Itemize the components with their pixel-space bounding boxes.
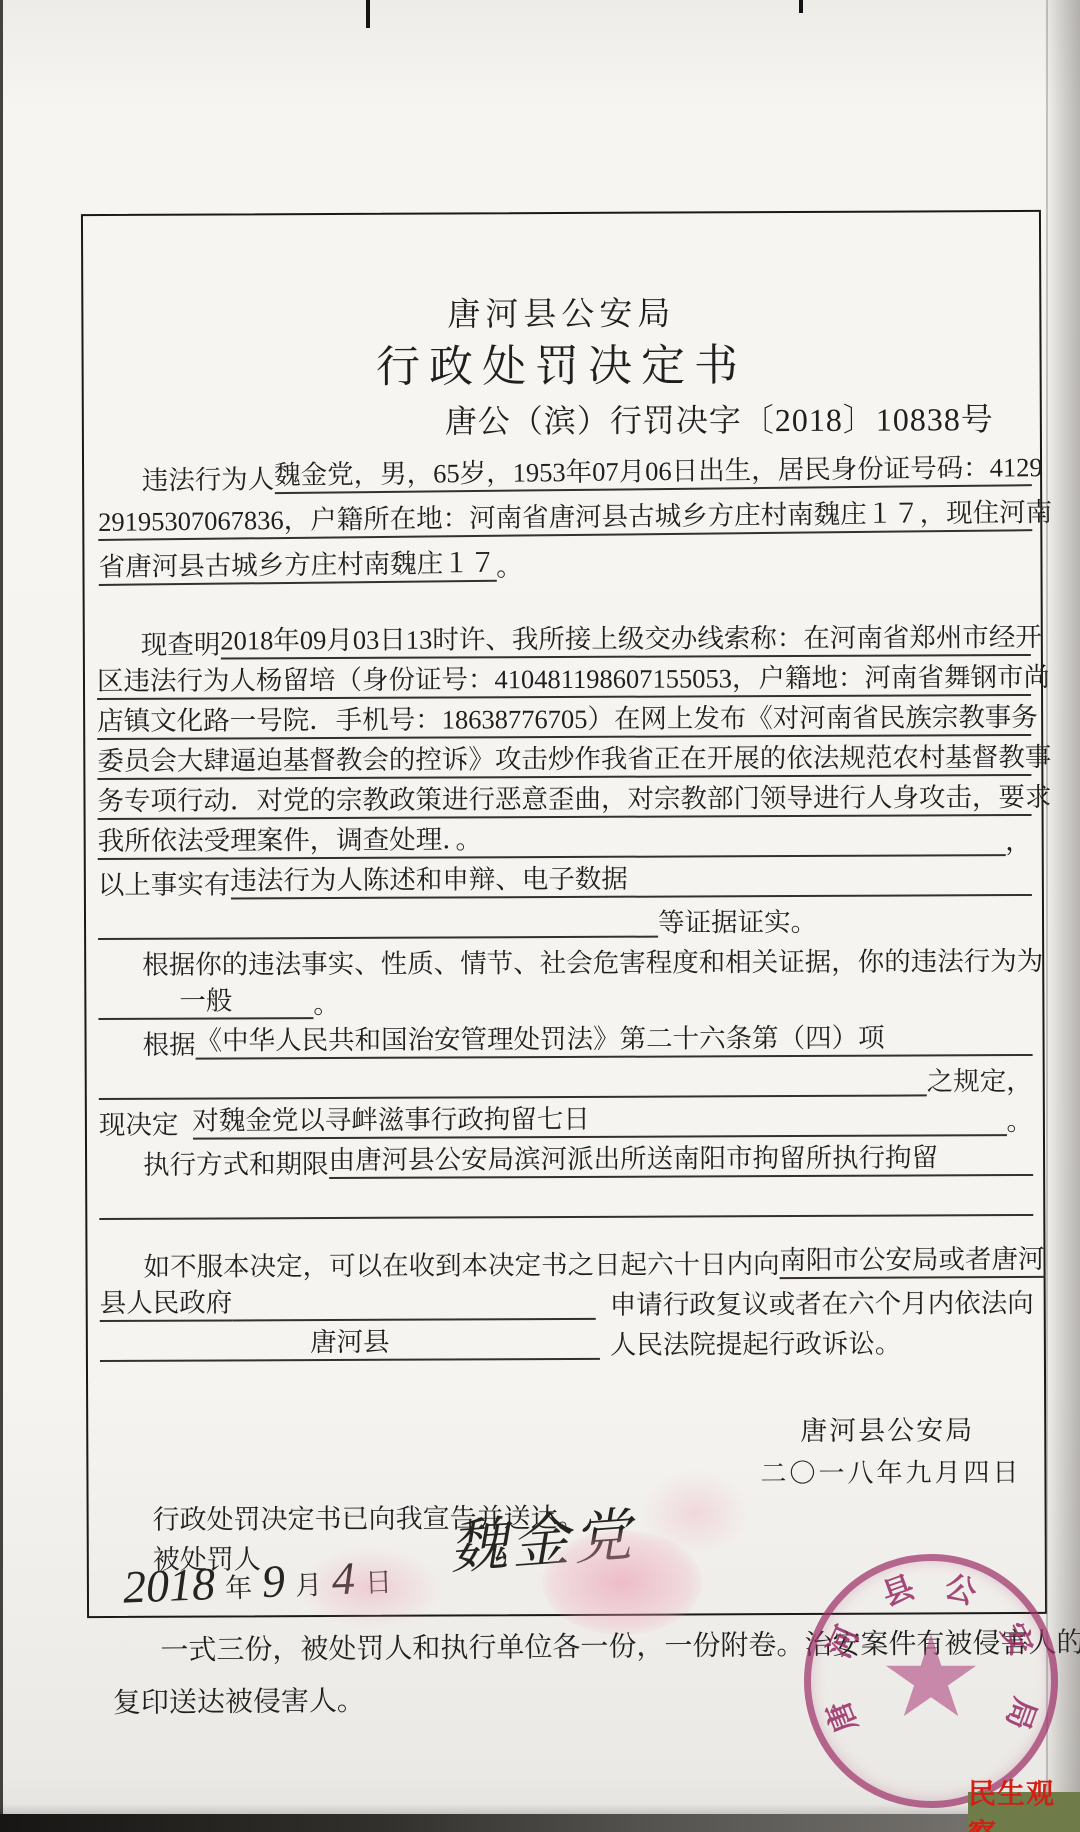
appeal-line: 如不服本决定，可以在收到本决定书之日起六十日内向南阳市公安局或者唐河 <box>99 1238 1033 1282</box>
appeal-text: 如不服本决定，可以在收到本决定书之日起六十日内向 <box>143 1249 779 1282</box>
subject-filled-text: 省唐河县古城乡方庄村南魏庄１７ <box>98 547 496 586</box>
evidence-line: 等证据证实。 <box>98 896 1032 940</box>
evidence-label: 以上事实有 <box>98 869 231 900</box>
appeal-line: 唐河县人民法院提起行政诉讼。 <box>100 1318 1034 1362</box>
period: 。 <box>1006 1105 1033 1136</box>
subject-paragraph: 违法行为人魏金党，男，65岁，1953年07月06日出生，居民身份证号码：412… <box>83 206 1039 216</box>
findings-filled-text: 委员会大肆逼迫基督教会的控诉》攻击炒作我省正在开展的依法规范农村基督教事 <box>97 741 1031 780</box>
execution-filled-text: 由唐河县公安局滨河派出所送南阳市拘留所执行拘留 <box>329 1141 1034 1179</box>
legal-label: 根据 <box>142 1029 195 1060</box>
legal-basis-line: 之规定， <box>99 1056 1033 1100</box>
assessment-text: 根据你的违法事实、性质、情节、社会危害程度和相关证据，你的违法行为为 <box>142 945 1043 979</box>
handwritten-year: 2018 <box>122 1557 216 1614</box>
appeal-paragraph: 如不服本决定，可以在收到本决定书之日起六十日内向南阳市公安局或者唐河 县人民政府… <box>83 212 1039 216</box>
findings-line: 现查明2018年09月03日13时许、我所接上级交办线索称：在河南省郑州市经开 <box>97 616 1031 660</box>
comma: ， <box>1005 825 1032 856</box>
period: 。 <box>496 551 523 582</box>
handwritten-month: 9 <box>261 1554 286 1608</box>
period: 。 <box>313 989 340 1020</box>
findings-filled-text: 我所依法受理案件，调查处理．。 <box>98 822 1006 860</box>
legal-filled-text: 《中华人民共和国治安管理处罚法》第二十六条第（四）项 <box>195 1021 1032 1059</box>
paper-right-edge <box>1046 0 1048 1814</box>
scan-bottom-band <box>0 1814 1080 1832</box>
subject-line: 省唐河县古城乡方庄村南魏庄１７。 <box>98 536 1032 586</box>
fingerprint-mark <box>640 1470 750 1555</box>
evidence-tail: 等证据证实。 <box>658 906 817 937</box>
scan-top-mark <box>366 0 370 28</box>
signoff-date: 二〇一八年九月四日 <box>760 1452 1021 1490</box>
findings-line: 务专项行动．对党的宗教政策进行恶意歪曲，对宗教部门领导进行人身攻击，要求 <box>97 776 1031 820</box>
signoff-agency: 唐河县公安局 <box>800 1408 974 1448</box>
document-box: 唐河县公安局 行政处罚决定书 唐公（滨）行罚决字〔2018〕10838号 违法行… <box>81 210 1047 1618</box>
findings-label: 现查明 <box>141 629 221 660</box>
subject-label: 违法行为人 <box>142 464 275 496</box>
legal-basis-line: 根据《中华人民共和国治安管理处罚法》第二十六条第（四）项 <box>98 1016 1032 1060</box>
fingerprint-mark <box>300 1548 440 1628</box>
footer-line-2: 复印送达被侵害人。 <box>113 1679 365 1721</box>
findings-line: 区违法行为人杨留培（身份证号：410481198607155053，户籍地：河南… <box>97 656 1031 700</box>
blank-underline <box>99 1212 1033 1220</box>
findings-filled-text: 区违法行为人杨留培（身份证号：410481198607155053，户籍地：河南… <box>97 661 1031 700</box>
assessment-level: 一般 <box>98 985 313 1020</box>
assessment-line: 一般。 <box>98 976 1032 1020</box>
subject-line: 29195307067836，户籍所在地：河南省唐河县古城乡方庄村南魏庄１７，现… <box>98 491 1032 541</box>
appeal-text: 申请行政复议或者在六个月内依法向 <box>610 1287 1034 1319</box>
subject-line: 违法行为人魏金党，男，65岁，1953年07月06日出生，居民身份证号码：412… <box>97 446 1031 496</box>
blank-line <box>99 1176 1033 1220</box>
decision-label: 现决定 <box>99 1109 179 1140</box>
appeal-filled-text: 南阳市公安局或者唐河 <box>779 1243 1044 1279</box>
scan-top-mark <box>799 0 803 13</box>
findings-line: 店镇文化路一号院．手机号：18638776705）在网上发布《对河南省民族宗教事… <box>97 696 1031 740</box>
findings-filled-text: 2018年09月03日13时许、我所接上级交办线索称：在河南省郑州市经开 <box>220 621 1031 659</box>
appeal-filled-text: 县人民政府 <box>100 1287 233 1322</box>
subject-filled-text: 29195307067836，户籍所在地：河南省唐河县古城乡方庄村南魏庄１７，现… <box>98 497 1032 541</box>
appeal-filled-text: 唐河县 <box>100 1325 600 1362</box>
scanned-document-page: 唐河县公安局 行政处罚决定书 唐公（滨）行罚决字〔2018〕10838号 违法行… <box>0 0 1080 1832</box>
findings-line: 我所依法受理案件，调查处理．。， <box>98 816 1032 860</box>
watermark-label: 民生观察 <box>968 1792 1080 1832</box>
findings-paragraph: 现查明2018年09月03日13时许、我所接上级交办线索称：在河南省郑州市经开 … <box>83 212 1039 216</box>
document-number: 唐公（滨）行罚决字〔2018〕10838号 <box>445 394 994 442</box>
findings-filled-text: 店镇文化路一号院．手机号：18638776705）在网上发布《对河南省民族宗教事… <box>97 701 1031 740</box>
findings-line: 委员会大肆逼迫基督教会的控诉》攻击炒作我省正在开展的依法规范农村基督教事 <box>97 736 1031 780</box>
appeal-line: 县人民政府申请行政复议或者在六个月内依法向 <box>100 1278 1034 1322</box>
official-seal: 唐 河 县 公 安 局 <box>804 1554 1058 1808</box>
execution-line: 执行方式和期限由唐河县公安局滨河派出所送南阳市拘留所执行拘留 <box>99 1136 1033 1180</box>
decision-filled-text: 对魏金党以寻衅滋事行政拘留七日 <box>192 1102 1006 1140</box>
year-character: 年 <box>224 1566 253 1610</box>
execution-label: 执行方式和期限 <box>143 1149 329 1180</box>
document-title: 行政处罚决定书 <box>83 328 1039 396</box>
assessment-line: 根据你的违法事实、性质、情节、社会危害程度和相关证据，你的违法行为为 <box>98 936 1032 980</box>
appeal-text: 人民法院提起行政诉讼。 <box>610 1328 902 1360</box>
evidence-filled-text: 违法行为人陈述和申辩、电子数据 <box>230 861 1032 899</box>
legal-tail: 之规定， <box>927 1065 1033 1096</box>
scan-left-edge <box>0 0 3 1814</box>
decision-line: 现决定对魏金党以寻衅滋事行政拘留七日。 <box>99 1096 1033 1140</box>
evidence-line: 以上事实有违法行为人陈述和申辩、电子数据 <box>98 856 1032 900</box>
subject-filled-text: 魏金党，男，65岁，1953年07月06日出生，居民身份证号码：4129 <box>274 452 1032 494</box>
findings-filled-text: 务专项行动．对党的宗教政策进行恶意歪曲，对宗教部门领导进行人身攻击，要求 <box>97 781 1031 820</box>
